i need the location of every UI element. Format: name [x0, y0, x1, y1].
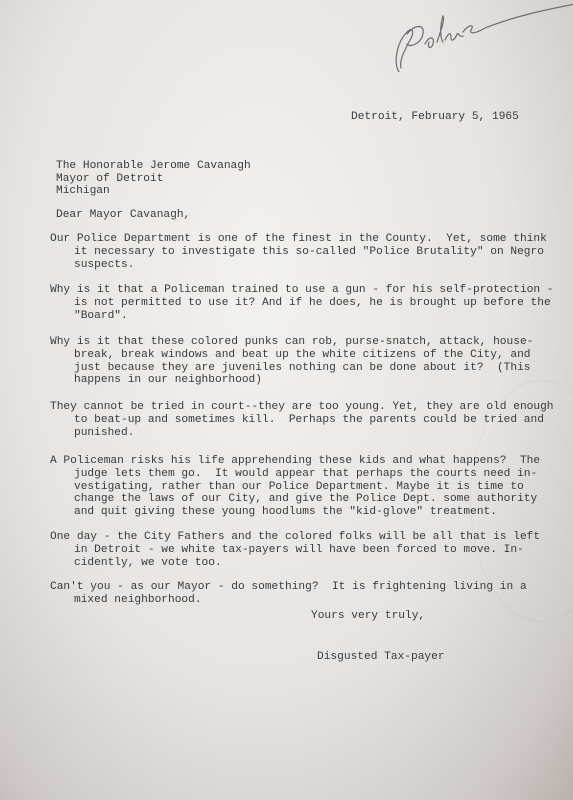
handwritten-annotation: Police: [385, 2, 573, 72]
closing: Yours very truly,: [311, 610, 425, 623]
paragraph-line: Can't you - as our Mayor - do something?…: [50, 581, 570, 594]
salutation: Dear Mayor Cavanagh,: [56, 209, 190, 222]
paragraph-line: just because they are juveniles nothing …: [50, 362, 570, 375]
paragraph: Why is it that a Policeman trained to us…: [50, 284, 570, 322]
paragraph-line: judge lets them go. It would appear that…: [50, 468, 570, 481]
paragraph: Why is it that these colored punks can r…: [50, 336, 570, 387]
paragraph-line: break, break windows and beat up the whi…: [50, 349, 570, 362]
paragraph-line: in Detroit - we white tax-payers will ha…: [50, 544, 570, 557]
recipient-state: Michigan: [56, 185, 251, 198]
paragraph-line: Our Police Department is one of the fine…: [50, 233, 570, 246]
signature: Disgusted Tax-payer: [317, 651, 445, 664]
paragraph-line: Why is it that these colored punks can r…: [50, 336, 570, 349]
paragraph-line: to beat-up and sometimes kill. Perhaps t…: [50, 414, 570, 427]
letter-page: Police Detroit, February 5, 1965 The Hon…: [0, 0, 573, 800]
paragraph: One day - the City Fathers and the color…: [50, 531, 570, 569]
paragraph-line: They cannot be tried in court--they are …: [50, 401, 570, 414]
paragraph-line: vestigating, rather than our Police Depa…: [50, 481, 570, 494]
paragraph: Our Police Department is one of the fine…: [50, 233, 570, 271]
paragraph-line: "Board".: [50, 310, 570, 323]
paragraph: A Policeman risks his life apprehending …: [50, 455, 570, 519]
paragraph-line: is not permitted to use it? And if he do…: [50, 297, 570, 310]
recipient-address: The Honorable Jerome Cavanagh Mayor of D…: [56, 160, 251, 198]
paragraph-line: happens in our neighborhood): [50, 374, 570, 387]
paragraph-line: cidently, we vote too.: [50, 557, 570, 570]
paragraph-line: punished.: [50, 427, 570, 440]
paragraph-line: and quit giving these young hoodlums the…: [50, 506, 570, 519]
date-line: Detroit, February 5, 1965: [351, 111, 519, 124]
paragraph-line: Why is it that a Policeman trained to us…: [50, 284, 570, 297]
paragraph-line: suspects.: [50, 259, 570, 272]
paragraph: Can't you - as our Mayor - do something?…: [50, 581, 570, 607]
paragraph: They cannot be tried in court--they are …: [50, 401, 570, 439]
paragraph-line: it necessary to investigate this so-call…: [50, 246, 570, 259]
paragraph-line: A Policeman risks his life apprehending …: [50, 455, 570, 468]
paragraph-line: change the laws of our City, and give th…: [50, 493, 570, 506]
paragraph-line: mixed neighborhood.: [50, 594, 570, 607]
recipient-name: The Honorable Jerome Cavanagh: [56, 160, 251, 173]
paragraph-line: One day - the City Fathers and the color…: [50, 531, 570, 544]
recipient-title: Mayor of Detroit: [56, 173, 251, 186]
